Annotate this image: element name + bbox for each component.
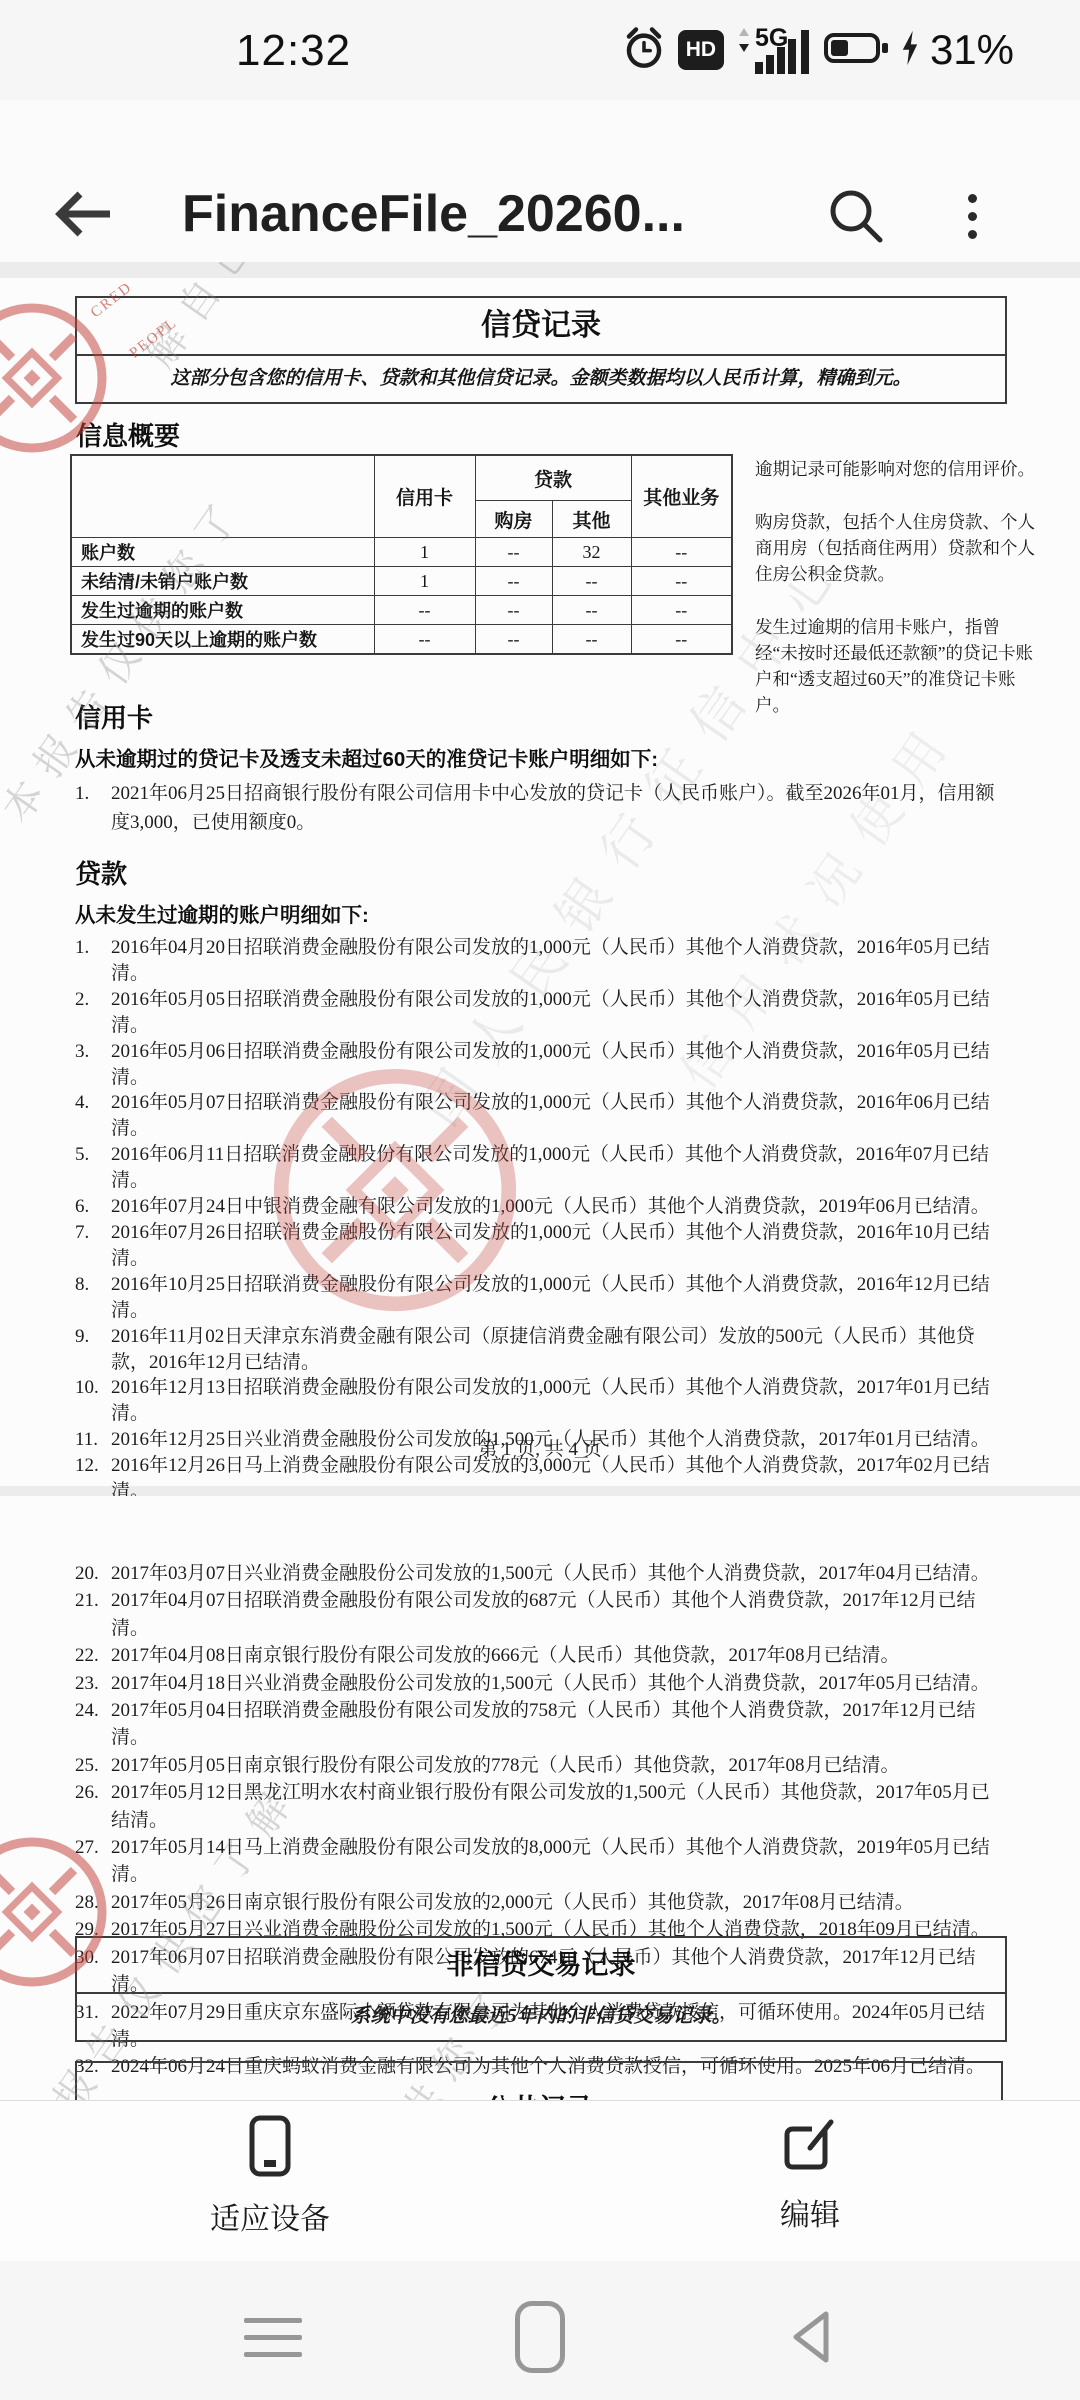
loan-item: 2.2016年05月05日招联消费金融股份有限公司发放的1,000元（人民币）其… [75,987,1005,1039]
summary-title: 信息概要 [76,416,180,453]
loan-item: 10.2016年12月13日招联消费金融股份有限公司发放的1,000元（人民币）… [75,1375,1005,1427]
other-business-col-header: 其他业务 [631,455,732,538]
fit-device-button[interactable]: 适应设备 [120,2115,420,2238]
loans-title: 贷款 [75,854,1005,891]
nav-back-icon[interactable] [788,2309,834,2370]
charging-bolt-icon [901,29,919,72]
search-icon[interactable] [824,184,886,246]
loans-subtitle: 从未发生过逾期的账户明细如下: [75,898,1005,928]
non-credit-record-box: 非信贷交易记录 系统中没有您最近5年内的非信贷交易记录。 [75,1936,1007,2042]
section-subtitle: 这部分包含您的信用卡、贷款和其他信贷记录。金额类数据均以人民币计算，精确到元。 [77,354,1005,402]
credit-card-section: 信用卡 从未逾期过的贷记卡及透支未超过60天的准贷记卡账户明细如下: 1.202… [75,698,1005,837]
recents-menu-icon[interactable] [244,2318,302,2357]
5g-signal-icon: 5G [735,20,813,81]
summary-note: 逾期记录可能影响对您的信用评价。 [755,456,1039,482]
phone-screen: 12:32 HD 5G [0,0,1080,2400]
edit-button[interactable]: 编辑 [660,2115,960,2234]
page-number: 第 1 页, 共 4 页 [0,1434,1080,1461]
loan-item: 5.2016年06月11日招联消费金融股份有限公司发放的1,000元（人民币）其… [75,1142,1005,1194]
app-bar: FinanceFile_20260... [0,100,1080,262]
loan-item: 1.2016年04月20日招联消费金融股份有限公司发放的1,000元（人民币）其… [75,935,1005,987]
fit-device-label: 适应设备 [210,2194,330,2238]
battery-percent: 31% [930,26,1014,74]
loan-item: 7.2016年07月26日招联消费金融股份有限公司发放的1,000元（人民币）其… [75,1220,1005,1272]
document-title: FinanceFile_20260... [182,184,685,244]
loan-item: 25.2017年05月05日南京银行股份有限公司发放的778元（人民币）其他贷款… [75,1752,1005,1779]
summary-table: 信用卡 贷款 其他业务 购房 其他 账户数 1 -- 32 -- 未结清/未销户… [70,454,733,655]
summary-header-row: 信用卡 贷款 其他业务 [71,455,732,501]
alarm-clock-icon [621,25,667,76]
status-icons: HD 5G [564,0,1014,100]
home-icon[interactable] [515,2301,565,2373]
pdf-page-2[interactable]: 20.2017年03月07日兴业消费金融股份公司发放的1,500元（人民币）其他… [0,1496,1080,2100]
credit-card-subtitle: 从未逾期过的贷记卡及透支未超过60天的准贷记卡账户明细如下: [75,742,1005,772]
loan-house-col-header: 购房 [475,501,552,538]
public-record-box: 公共记录 [75,2061,1003,2100]
summary-row: 未结清/未销户账户数 1 -- -- -- [71,567,732,596]
loan-item: 9.2016年11月02日天津京东消费金融有限公司（原捷信消费金融有限公司）发放… [75,1324,1005,1376]
battery-icon [824,30,890,71]
loan-item: 22.2017年04月08日南京银行股份有限公司发放的666元（人民币）其他贷款… [75,1642,1005,1669]
loan-item: 26.2017年05月12日黑龙江明水农村商业银行股份有限公司发放的1,500元… [75,1779,1005,1834]
loan-item: 24.2017年05月04日招联消费金融股份有限公司发放的758元（人民币）其他… [75,1697,1005,1752]
clock-time: 12:32 [236,26,351,76]
credit-card-title: 信用卡 [75,698,1005,735]
non-credit-title: 非信贷交易记录 [77,1938,1005,1992]
loan-item: 4.2016年05月07日招联消费金融股份有限公司发放的1,000元（人民币）其… [75,1090,1005,1142]
credit-record-header-box: 信贷记录 这部分包含您的信用卡、贷款和其他信贷记录。金额类数据均以人民币计算，精… [75,296,1007,404]
status-bar: 12:32 HD 5G [0,0,1080,100]
pdf-page-1[interactable]: 信贷记录 这部分包含您的信用卡、贷款和其他信贷记录。金额类数据均以人民币计算，精… [0,278,1080,1486]
loan-item: 3.2016年05月06日招联消费金融股份有限公司发放的1,000元（人民币）其… [75,1039,1005,1091]
loan-col-header: 贷款 [475,455,631,501]
summary-row: 账户数 1 -- 32 -- [71,538,732,567]
credit-card-item: 1.2021年06月25日招商银行股份有限公司信用卡中心发放的贷记卡（人民币账户… [75,779,1005,837]
loan-item: 27.2017年05月14日马上消费金融股份有限公司发放的8,000元（人民币）… [75,1834,1005,1889]
blank-header-cell [71,455,374,538]
phone-icon [248,2115,292,2182]
viewer-toolbar: 适应设备 编辑 [0,2100,1080,2262]
non-credit-body: 系统中没有您最近5年内的非信贷交易记录。 [77,1992,1005,2040]
edit-label: 编辑 [780,2190,840,2234]
loan-item: 23.2017年04月18日兴业消费金融股份公司发放的1,500元（人民币）其他… [75,1670,1005,1697]
credit-card-list: 1.2021年06月25日招商银行股份有限公司信用卡中心发放的贷记卡（人民币账户… [75,779,1005,837]
do-not-disturb-moon-icon [564,25,610,76]
back-arrow-icon[interactable] [52,184,118,244]
hd-voice-icon: HD [678,30,724,70]
loan-item: 6.2016年07月24日中银消费金融有限公司发放的1,000元（人民币）其他个… [75,1194,1005,1220]
loan-item: 28.2017年05月26日南京银行股份有限公司发放的2,000元（人民币）其他… [75,1889,1005,1916]
loan-item: 8.2016年10月25日招联消费金融股份有限公司发放的1,000元（人民币）其… [75,1272,1005,1324]
summary-note: 购房贷款，包括个人住房贷款、个人商用房（包括商住两用）贷款和个人住房公积金贷款。 [755,509,1039,587]
system-nav-bar [0,2261,1080,2400]
loan-item: 21.2017年04月07日招联消费金融股份有限公司发放的687元（人民币）其他… [75,1587,1005,1642]
loan-other-col-header: 其他 [552,501,631,538]
overflow-menu-icon[interactable] [952,186,992,246]
summary-row: 发生过逾期的账户数 -- -- -- -- [71,596,732,625]
loan-item: 20.2017年03月07日兴业消费金融股份公司发放的1,500元（人民币）其他… [75,1560,1005,1587]
summary-row: 发生过90天以上逾期的账户数 -- -- -- -- [71,625,732,655]
credit-card-col-header: 信用卡 [374,455,475,538]
section-title: 信贷记录 [77,298,1005,354]
edit-pencil-icon [782,2115,838,2178]
